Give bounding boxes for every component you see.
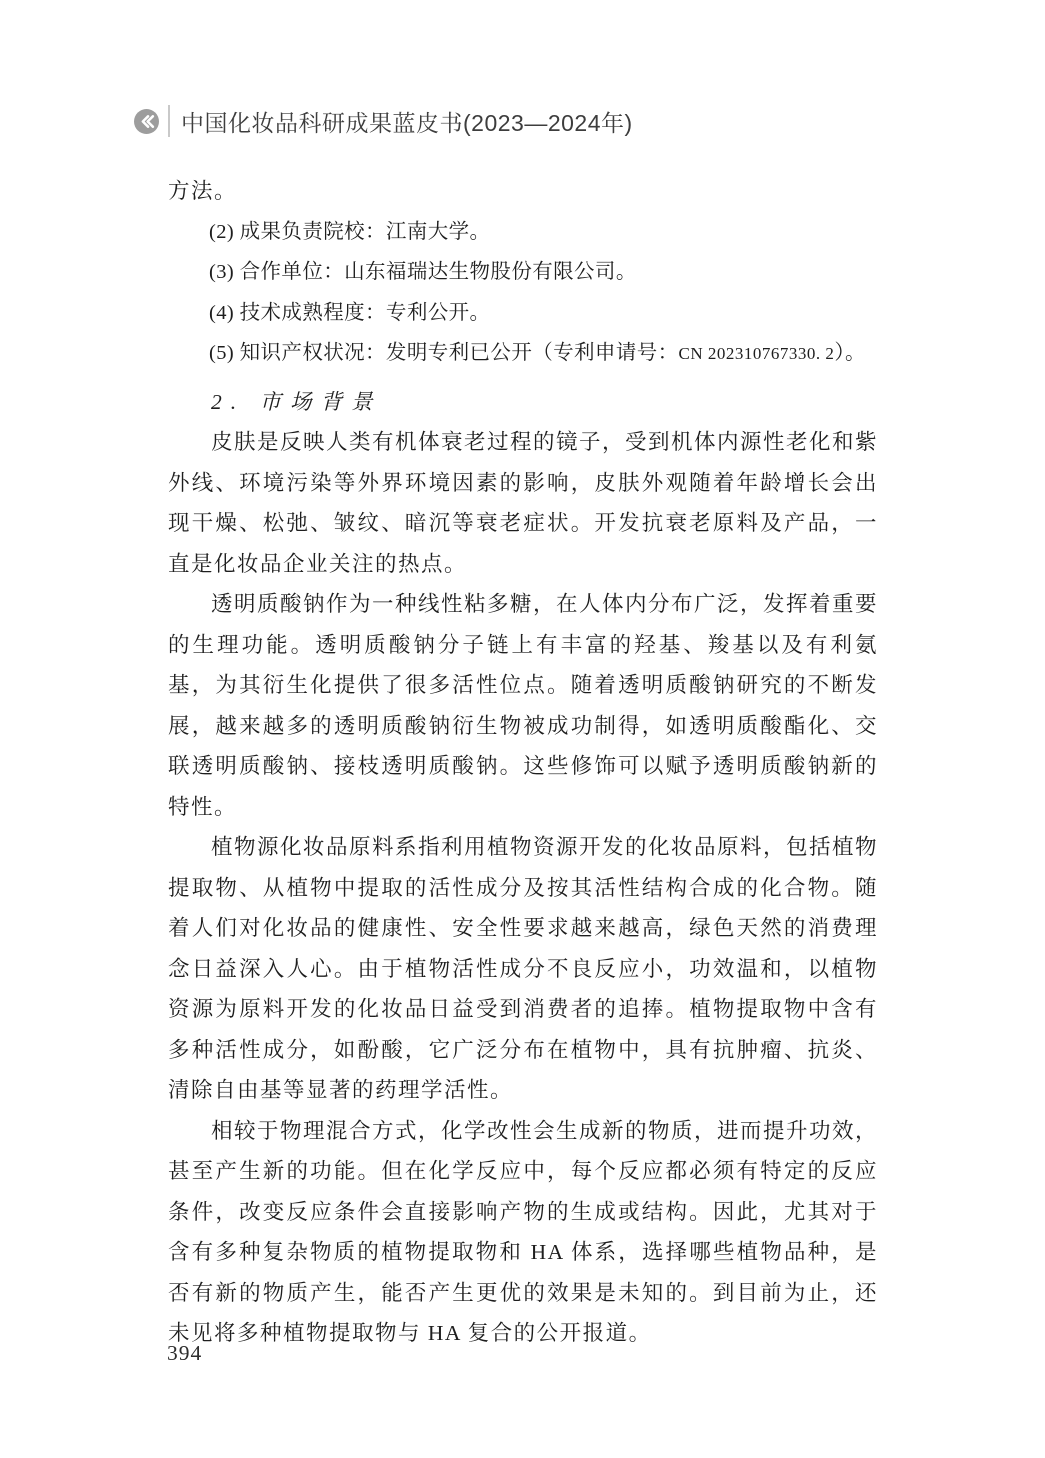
list-item-2: (2) 成果负责院校：江南大学。: [168, 212, 878, 253]
paragraph-continuation: 方法。: [168, 171, 878, 212]
page-number: 394: [167, 1341, 202, 1365]
list-item-5: (5) 知识产权状况：发明专利已公开（专利申请号：CN 202310767330…: [168, 333, 878, 375]
list-item-4: (4) 技术成熟程度：专利公开。: [168, 293, 878, 334]
paragraph-sodium-hyaluronate: 透明质酸钠作为一种线性粘多糖，在人体内分布广泛，发挥着重要的生理功能。透明质酸钠…: [168, 584, 878, 827]
paragraph-skin-aging: 皮肤是反映人类有机体衰老过程的镜子，受到机体内源性老化和紫外线、环境污染等外界环…: [168, 422, 878, 584]
header-divider: [168, 105, 170, 137]
page-body: 方法。 (2) 成果负责院校：江南大学。 (3) 合作单位：山东福瑞达生物股份有…: [168, 171, 878, 1354]
patent-number: CN 202310767330. 2: [679, 344, 835, 363]
list-item-5-closing: ）。: [834, 342, 866, 364]
book-title: 中国化妆品科研成果蓝皮书(2023—2024年): [181, 105, 633, 138]
list-item-3: (3) 合作单位：山东福瑞达生物股份有限公司。: [168, 252, 878, 293]
book-page: 中国化妆品科研成果蓝皮书(2023—2024年) 方法。 (2) 成果负责院校：…: [0, 0, 1045, 1458]
page-header: 中国化妆品科研成果蓝皮书(2023—2024年): [134, 105, 633, 137]
page-footer: 394: [167, 1341, 202, 1366]
double-chevron-left-icon: [134, 109, 159, 134]
section-heading: 2. 市场背景: [168, 382, 878, 423]
list-item-5-text: (5) 知识产权状况：发明专利已公开（专利申请号：: [209, 342, 679, 364]
paragraph-plant-ingredients: 植物源化妆品原料系指利用植物资源开发的化妆品原料，包括植物提取物、从植物中提取的…: [168, 827, 878, 1111]
paragraph-chemical-modification: 相较于物理混合方式，化学改性会生成新的物质，进而提升功效，甚至产生新的功能。但在…: [168, 1111, 878, 1354]
